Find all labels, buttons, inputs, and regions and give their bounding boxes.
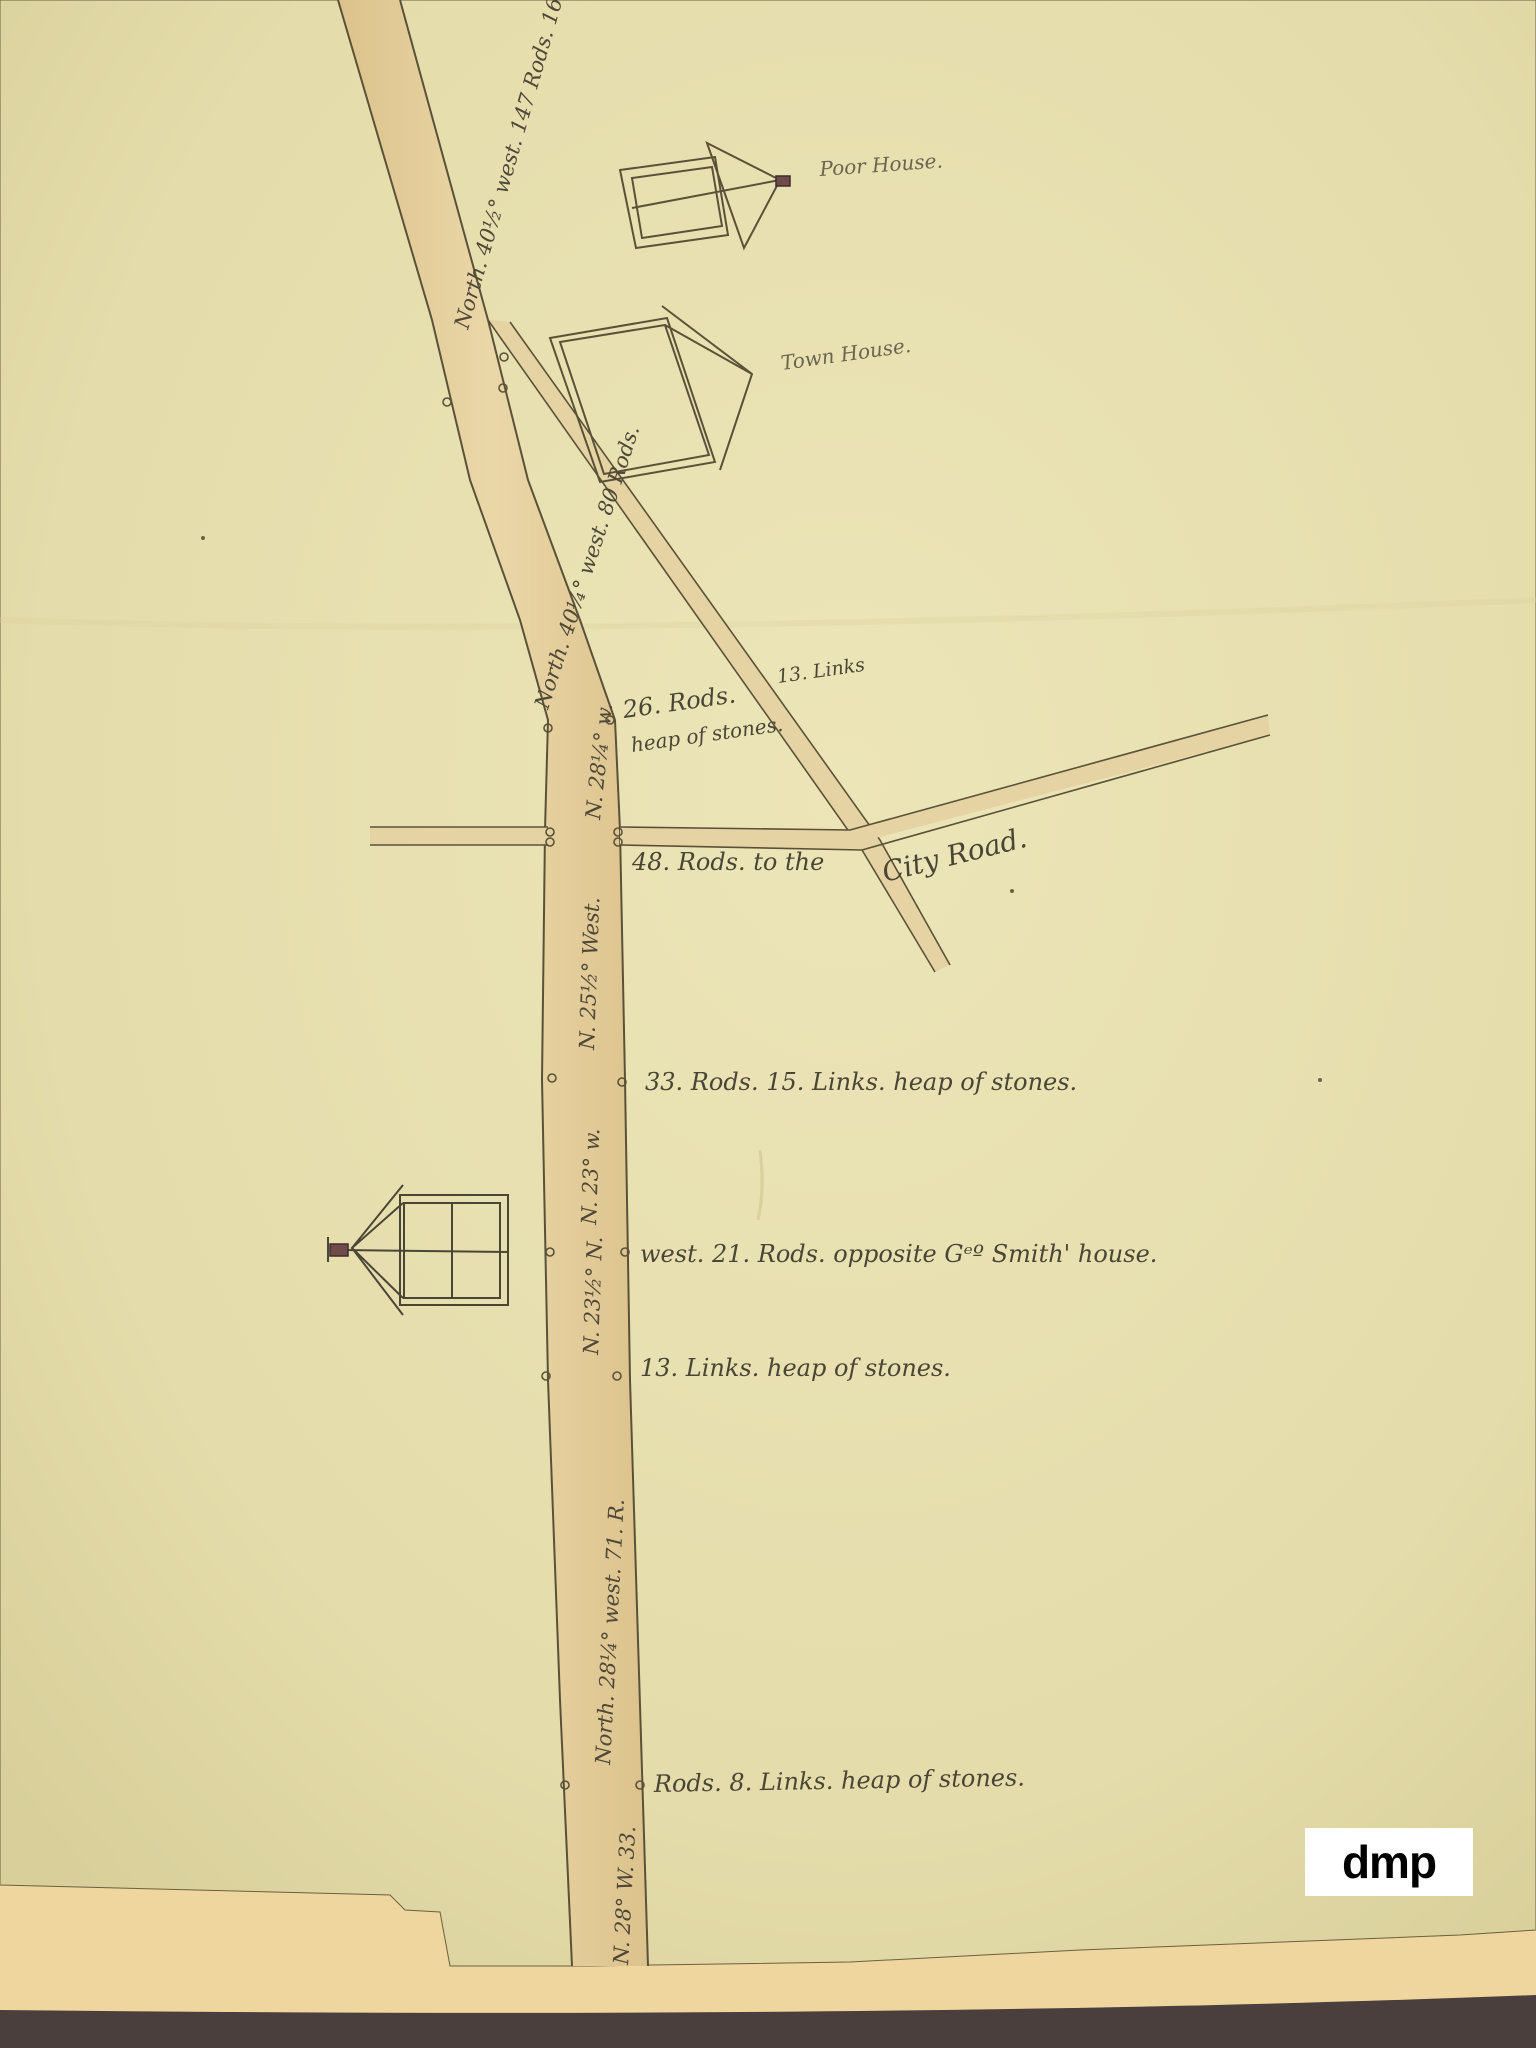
annotation-33-rods: 33. Rods. 15. Links. heap of stones. [645, 1068, 1077, 1096]
map-stage: Poor House. Town House. North. 40½° west… [0, 0, 1536, 2048]
road-bearing-segment-5: N. 23° w. [577, 1128, 604, 1226]
paper-sheet [0, 0, 1536, 1966]
road-bearing-segment-6: N. 23½° N. [579, 1236, 607, 1356]
chimney-icon [776, 176, 790, 186]
annotation-48-rods: 48. Rods. to the [631, 848, 824, 876]
chimney-icon [330, 1244, 348, 1256]
ink-dot [201, 536, 205, 540]
dmp-watermark: dmp [1305, 1828, 1473, 1896]
ink-dot [1010, 889, 1014, 893]
survey-map: Poor House. Town House. North. 40½° west… [0, 0, 1536, 2048]
ink-dot [1318, 1078, 1322, 1082]
annotation-13-links: 13. Links. heap of stones. [640, 1354, 951, 1382]
annotation-21-rods: west. 21. Rods. opposite Gᵉº Smith' hous… [640, 1240, 1157, 1268]
